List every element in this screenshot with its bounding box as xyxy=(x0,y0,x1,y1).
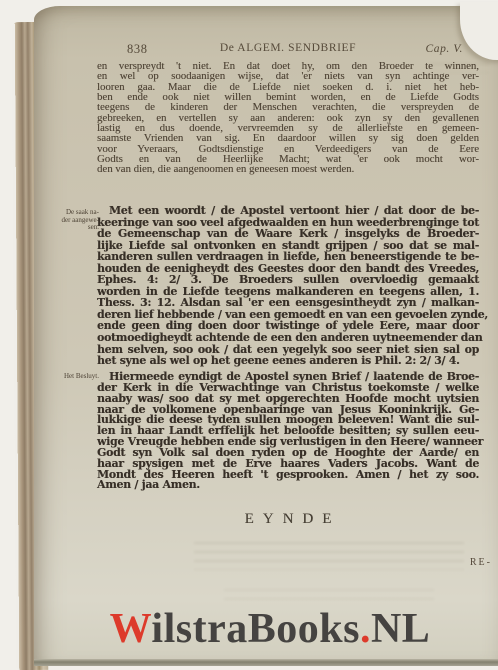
watermark-body: ilstraBooks xyxy=(151,606,360,652)
watermark-dot: . xyxy=(360,606,371,652)
watermark-initial: W xyxy=(110,606,152,652)
text-column: 838 De ALGEM. SENDBRIEF Cap. V. en versp… xyxy=(97,6,479,666)
text-line: den van dien, die aangenoomen en geneese… xyxy=(97,164,479,174)
running-header: 838 De ALGEM. SENDBRIEF Cap. V. xyxy=(97,42,479,58)
paragraph-blackletter-1: Met een woordt / de Apostel vertoont hie… xyxy=(97,205,479,367)
page-bottom-edge xyxy=(34,659,498,666)
margin-note-saak: De saak na-der aangewe-sen. xyxy=(55,209,99,232)
running-title: De ALGEM. SENDBRIEF xyxy=(97,42,479,54)
paragraph-roman: en verspreydt 't niet. En dat doet hy, o… xyxy=(97,61,479,175)
text-line: de Gemeenschap van de Waare Kerk / insge… xyxy=(97,228,479,240)
chapter-label: Cap. V. xyxy=(425,43,463,55)
margin-note-besluyt: Het Besluyt. xyxy=(55,373,99,381)
catchword: RE- xyxy=(470,557,492,568)
text-line: kanderen sullen verdraagen in liefde, he… xyxy=(97,251,479,263)
watermark-tld: NL xyxy=(371,606,430,652)
ende-label: EYNDE xyxy=(97,511,479,528)
text-line: Het Besluyt. xyxy=(55,373,99,381)
bookseller-watermark: WilstraBooks.NL xyxy=(70,601,470,657)
scanned-book-photo: 838 De ALGEM. SENDBRIEF Cap. V. en versp… xyxy=(0,0,498,670)
text-line: het syne als wel op het geene eenes ande… xyxy=(97,355,479,367)
paragraph-blackletter-2: Hiermeede eyndigt de Apostel synen Brief… xyxy=(97,372,479,491)
book-page: 838 De ALGEM. SENDBRIEF Cap. V. en versp… xyxy=(34,6,498,666)
text-line: Met een woordt / de Apostel vertoont hie… xyxy=(97,205,479,217)
text-line: Amen / jaa Amen. xyxy=(97,480,479,491)
text-line: sen. xyxy=(55,224,99,232)
text-line: ootmoedigheydt achtende de een den ander… xyxy=(97,332,479,344)
